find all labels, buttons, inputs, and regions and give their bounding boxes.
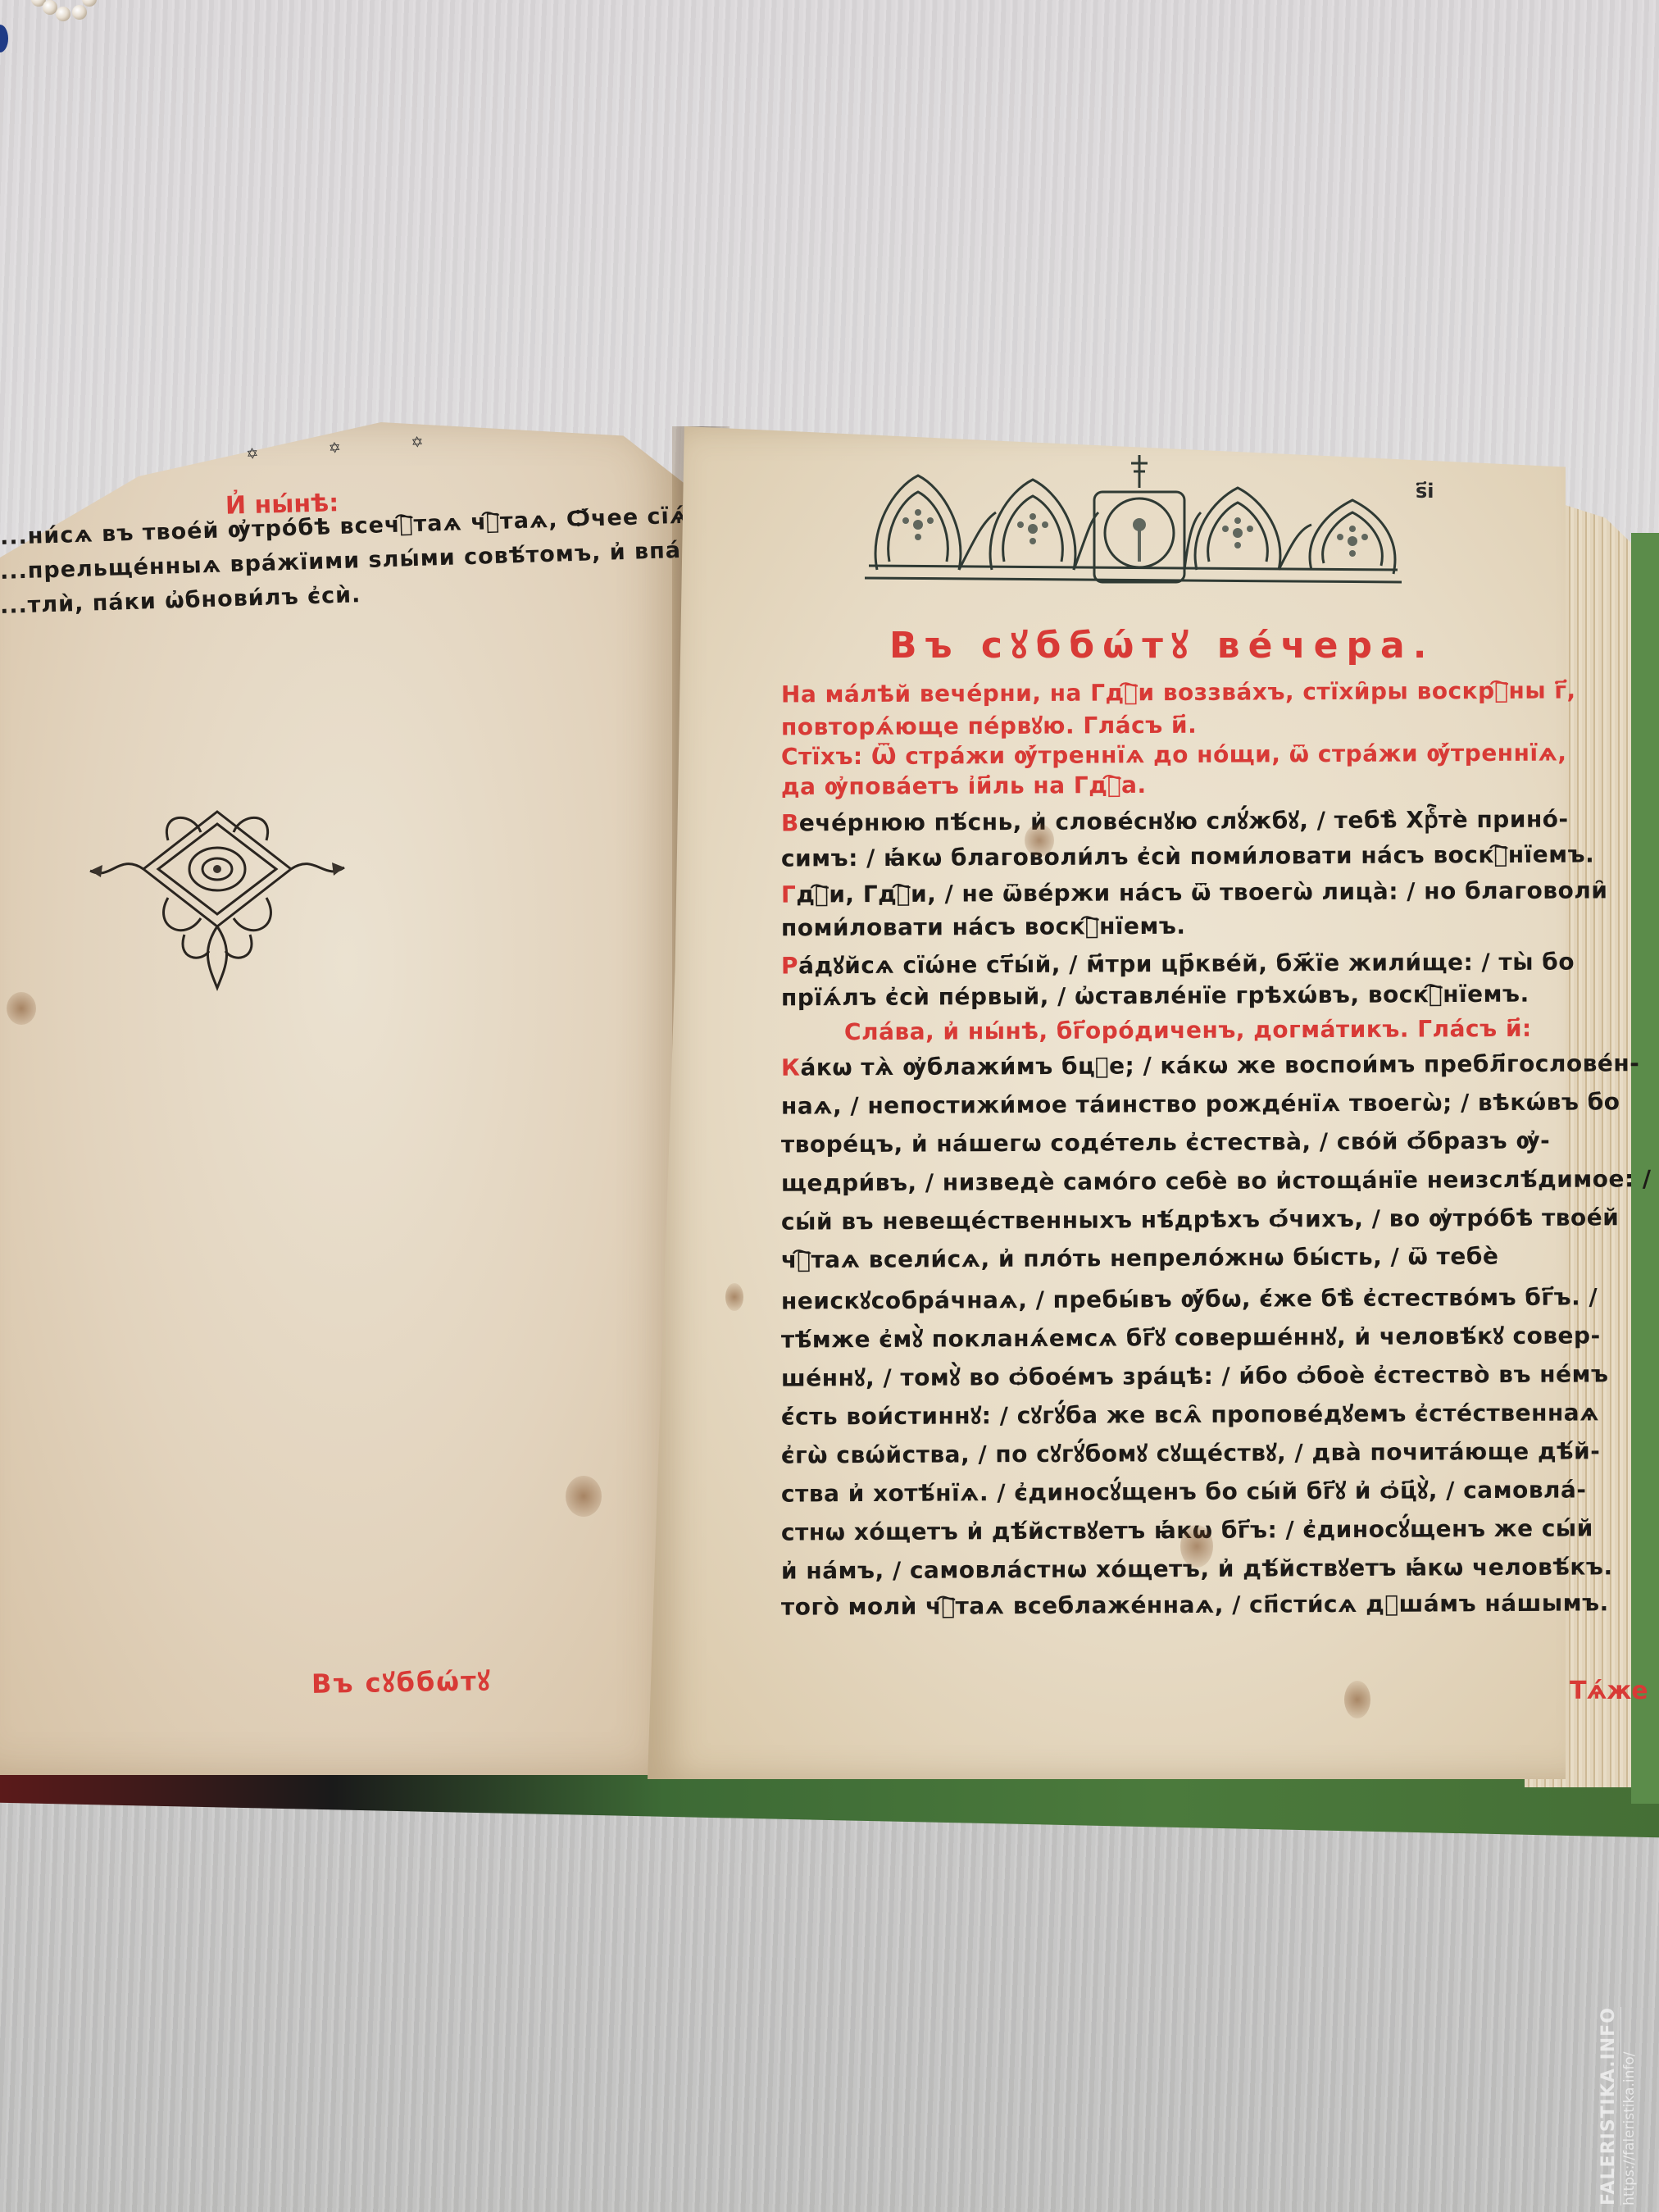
stain [1025,824,1054,857]
left-catchword: Въ сꙋббѡ́тꙋ [311,1663,492,1701]
theotokion-line: є҆гѡ̀ свѡ́йства, / по сꙋгꙋ́бомꙋ сꙋще́ств… [781,1435,1601,1470]
rubric-line: да ѹ҆пова́етъ і҆и҃ль на Гдⷭ҇а. [781,771,1147,800]
hymn-line: симъ: / ꙗ҆́кѡ благоволи́лъ є҆сѝ поми́лов… [781,840,1594,872]
red-initial: К [781,1054,801,1081]
theotokion-line: ства и҆ хотѣ́нїѧ. / є҆диносꙋ́щенъ бо сы́… [781,1473,1587,1509]
theotokion-line: того̀ молѝ чⷭ҇таѧ всеблаже́ннаѧ, / сп҃ст… [781,1589,1609,1620]
theotokion-line: ше́ннꙋ, / томꙋ̀ во ѻ҆бое́мъ зра́цѣ: / и҆… [781,1358,1609,1393]
theotokion-line: щедри́въ, / низведѐ само́го себѐ во и҆ст… [781,1165,1652,1197]
right-catchword: Тѧ́же [1570,1677,1648,1705]
page-heading: Въ сꙋббѡ́тꙋ ве́чера. [889,619,1434,668]
theotokion-line: творе́цъ, и҆ на́шегѡ соде́тель є҆стества… [781,1127,1550,1158]
stain [1344,1681,1370,1718]
red-initial: Г [781,881,797,908]
red-initial: Р [781,952,798,979]
hymn-line: Ра́дꙋйсѧ сїѡ́не ст҃ы́й, / м҃три цр҃кве́й… [781,945,1575,981]
stain [725,1283,743,1311]
watermark-url: https://faleristika.info/ [1620,2007,1638,2205]
tailpiece-ornament-icon [86,803,348,992]
hymn-line: Вече́рнюю пѣ́снь, и҆ слове́снꙋю слꙋ́жбꙋ,… [781,803,1569,838]
hymn-line: прїѧ́лъ є҆сѝ пе́рвый, / ѡ҆ставле́нїе грѣ… [781,981,1529,1012]
theotokion-line: Ка́кѡ тѧ̀ ѹ҆блажи́мъ бцⷣе; / ка́кѡ же во… [781,1049,1640,1081]
red-initial: В [781,809,799,836]
stain [1180,1525,1213,1568]
stain [566,1476,602,1517]
watermark: FALERISTIKA.INFO https://faleristika.inf… [1598,2033,1656,2205]
headpiece-ornament-icon [861,455,1410,607]
pearl-bracelet [31,0,105,41]
rubric-line: повторѧ́юще пе́рвꙋю. Гла́съ и҃. [781,709,1197,743]
rubric-line: На ма́лѣй вече́рни, на Гдⷭ҇и воззва́хъ, … [781,676,1576,708]
left-page [0,422,693,1775]
hymn-line: Гдⷭ҇и, Гдⷭ҇и, / не ѿве́ржи на́съ ѿ твоег… [781,876,1608,908]
theotokion-line: тѣ́мже є҆мꙋ̀ покланѧ́емсѧ бг҃ꙋ соверше́н… [781,1319,1601,1354]
theotokion-line: чⷭ҇таѧ всели́сѧ, и҆ пло́ть непрело́жнѡ б… [781,1243,1499,1274]
theotokion-line: неискꙋсобра́чнаѧ, / пребы́въ ѹ҆́бѡ, є҆́ж… [781,1281,1598,1316]
watermark-brand: FALERISTIKA.INFO [1598,2007,1619,2205]
hymn-line: поми́ловати на́съ воскⷭ҇нїемъ. [781,913,1186,942]
rubric-line: Стїхъ: Ѿ стра́жи ѹ҆́треннїѧ до но́щи, ѿ … [781,739,1567,770]
rubric-glory: Сла́ва, и҆ ны́нѣ, бг҃оро́диченъ, догма́т… [844,1015,1532,1045]
stain [7,992,36,1025]
theotokion-line: наѧ, / непостижи́мое та́инство рожде́нїѧ… [781,1088,1620,1119]
theotokion-line: є҆́сть вои́стиннꙋ: / сꙋгꙋ́ба же всѧ̑ про… [781,1396,1599,1431]
theotokion-line: сы́й въ невеще́ственныхъ нѣ́дрѣхъ ѻ҆́чих… [781,1204,1619,1235]
page-number: ѕ҃і [1416,480,1434,503]
